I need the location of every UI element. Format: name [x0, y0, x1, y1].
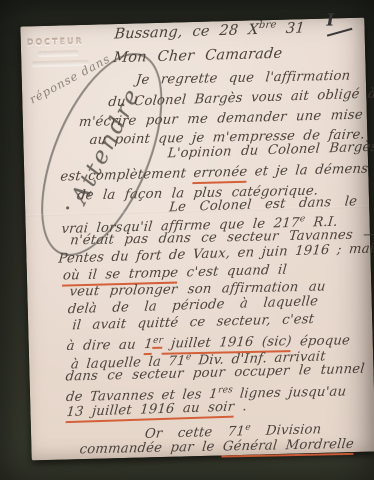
orange-underlined-text: Général Mordrelle	[222, 437, 355, 458]
orange-underlined-text: erronée	[192, 165, 248, 184]
letter-line: Mon Cher Camarade	[112, 45, 283, 67]
letter-line: Bussang, ce 28 Xbre 31	[114, 16, 306, 44]
letter-body: Bussang, ce 28 Xbre 31Mon Cher CamaradeJ…	[20, 18, 374, 461]
letter-paper: DOCTEUR réponse dans Attendre I Bussang,…	[20, 18, 374, 461]
photo-background: DOCTEUR réponse dans Attendre I Bussang,…	[0, 0, 374, 480]
letter-line: commandée par le Général Mordrelle	[79, 436, 355, 460]
letter-line: est complètement erronée et je la démens	[59, 160, 369, 186]
